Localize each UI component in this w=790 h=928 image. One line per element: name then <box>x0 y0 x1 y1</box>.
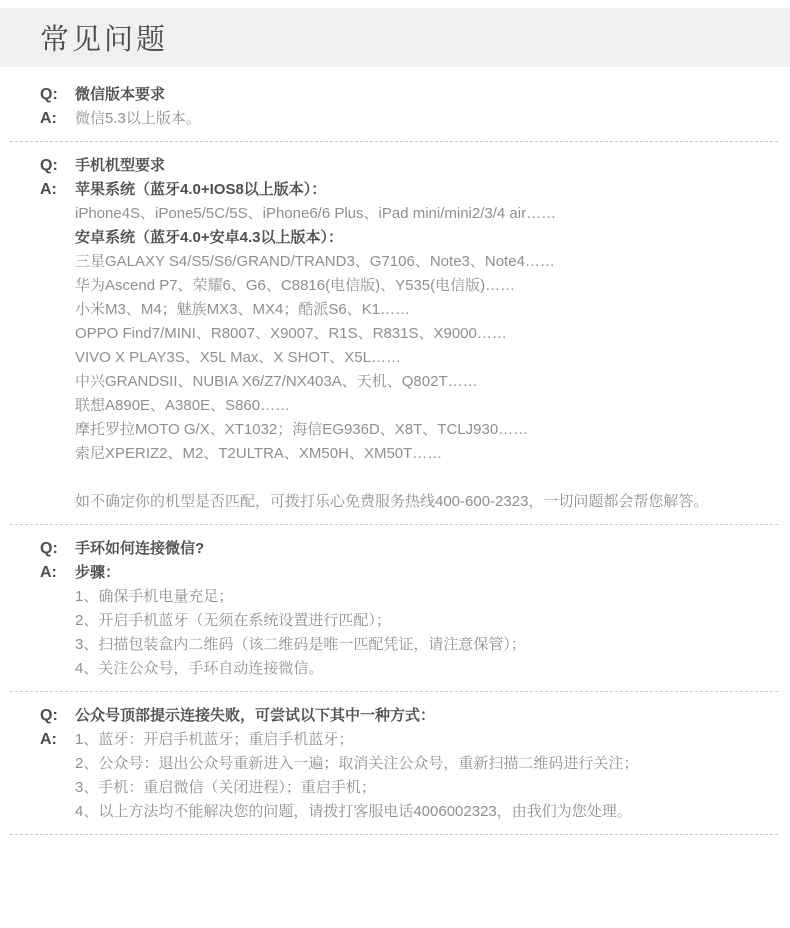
qa-text: 2、公众号：退出公众号重新进入一遍；取消关注公众号，重新扫描二维码进行关注； <box>75 752 638 776</box>
qa-label <box>40 609 75 633</box>
qa-text: 4、以上方法均不能解决您的问题，请拨打客服电话4006002323，由我们为您处… <box>75 800 632 824</box>
qa-row: 如不确定你的机型是否匹配，可拨打乐心免费服务热线400-600-2323，一切问… <box>0 490 790 514</box>
qa-row: OPPO Find7/MINI、R8007、X9007、R1S、R831S、X9… <box>0 322 790 346</box>
qa-row: VIVO X PLAY3S、X5L Max、X SHOT、X5L…… <box>0 346 790 370</box>
qa-row: 华为Ascend P7、荣耀6、G6、C8816(电信版)、Y535(电信版)…… <box>0 274 790 298</box>
qa-text: 联想A890E、A380E、S860…… <box>75 394 290 418</box>
qa-text: VIVO X PLAY3S、X5L Max、X SHOT、X5L…… <box>75 346 401 370</box>
qa-label: Q: <box>40 154 75 178</box>
qa-label <box>40 442 75 466</box>
qa-row: A:1、蓝牙：开启手机蓝牙；重启手机蓝牙； <box>0 728 790 752</box>
qa-text: iPhone4S、iPone5/5C/5S、iPhone6/6 Plus、iPa… <box>75 202 556 226</box>
qa-text: 手机机型要求 <box>75 154 165 178</box>
qa-row: 小米M3、M4；魅族MX3、MX4；酷派S6、K1…… <box>0 298 790 322</box>
qa-row: 4、关注公众号，手环自动连接微信。 <box>0 657 790 681</box>
page-title: 常见问题 <box>40 17 168 58</box>
qa-label <box>40 370 75 394</box>
qa-label: Q: <box>40 704 75 728</box>
faq-section: Q:微信版本要求A:微信5.3以上版本。 <box>0 83 790 131</box>
qa-label: A: <box>40 561 75 585</box>
qa-row: 联想A890E、A380E、S860…… <box>0 394 790 418</box>
qa-row: 3、扫描包装盒内二维码（该二维码是唯一匹配凭证，请注意保管）； <box>0 633 790 657</box>
qa-text: 如不确定你的机型是否匹配，可拨打乐心免费服务热线400-600-2323，一切问… <box>75 490 708 514</box>
qa-row: Q:手环如何连接微信? <box>0 537 790 561</box>
qa-label <box>40 776 75 800</box>
qa-text: 手环如何连接微信? <box>75 537 204 561</box>
qa-text: 三星GALAXY S4/S5/S6/GRAND/TRAND3、G7106、Not… <box>75 250 555 274</box>
qa-text: 微信5.3以上版本。 <box>75 107 201 131</box>
page-header: 常见问题 <box>0 8 790 67</box>
dashed-divider <box>10 141 778 142</box>
dashed-divider <box>10 691 778 692</box>
qa-row-spacer <box>0 466 790 490</box>
qa-row: 2、开启手机蓝牙（无须在系统设置进行匹配）； <box>0 609 790 633</box>
qa-row: A:微信5.3以上版本。 <box>0 107 790 131</box>
qa-row: 1、确保手机电量充足； <box>0 585 790 609</box>
qa-row: 摩托罗拉MOTO G/X、XT1032；海信EG936D、X8T、TCLJ930… <box>0 418 790 442</box>
qa-text: 4、关注公众号，手环自动连接微信。 <box>75 657 323 681</box>
qa-text: 1、蓝牙：开启手机蓝牙；重启手机蓝牙； <box>75 728 353 752</box>
qa-text: 苹果系统（蓝牙4.0+IOS8以上版本）： <box>75 178 326 202</box>
qa-row: 3、手机：重启微信（关闭进程）；重启手机； <box>0 776 790 800</box>
dashed-divider <box>10 834 778 835</box>
qa-row: 三星GALAXY S4/S5/S6/GRAND/TRAND3、G7106、Not… <box>0 250 790 274</box>
qa-row: 中兴GRANDSII、NUBIA X6/Z7/NX403A、天机、Q802T…… <box>0 370 790 394</box>
qa-label <box>40 585 75 609</box>
qa-label <box>40 346 75 370</box>
qa-label: A: <box>40 728 75 752</box>
qa-label <box>40 394 75 418</box>
qa-row: A:苹果系统（蓝牙4.0+IOS8以上版本）： <box>0 178 790 202</box>
qa-row: Q:手机机型要求 <box>0 154 790 178</box>
qa-row: 2、公众号：退出公众号重新进入一遍；取消关注公众号，重新扫描二维码进行关注； <box>0 752 790 776</box>
qa-label <box>40 250 75 274</box>
qa-text: 公众号顶部提示连接失败，可尝试以下其中一种方式： <box>75 704 435 728</box>
qa-row: A:步骤： <box>0 561 790 585</box>
qa-row: Q:公众号顶部提示连接失败，可尝试以下其中一种方式： <box>0 704 790 728</box>
qa-text: 1、确保手机电量充足； <box>75 585 233 609</box>
qa-label: Q: <box>40 83 75 107</box>
qa-label <box>40 322 75 346</box>
qa-row: 4、以上方法均不能解决您的问题，请拨打客服电话4006002323，由我们为您处… <box>0 800 790 824</box>
qa-text: 步骤： <box>75 561 120 585</box>
qa-text: 安卓系统（蓝牙4.0+安卓4.3以上版本）： <box>75 226 343 250</box>
qa-text: 中兴GRANDSII、NUBIA X6/Z7/NX403A、天机、Q802T…… <box>75 370 478 394</box>
qa-label <box>40 202 75 226</box>
qa-label <box>40 226 75 250</box>
faq-section: Q:手机机型要求A:苹果系统（蓝牙4.0+IOS8以上版本）：iPhone4S、… <box>0 154 790 514</box>
qa-text: 3、手机：重启微信（关闭进程）；重启手机； <box>75 776 376 800</box>
qa-text: 微信版本要求 <box>75 83 165 107</box>
qa-row: iPhone4S、iPone5/5C/5S、iPhone6/6 Plus、iPa… <box>0 202 790 226</box>
qa-text: 摩托罗拉MOTO G/X、XT1032；海信EG936D、X8T、TCLJ930… <box>75 418 528 442</box>
qa-label: A: <box>40 178 75 202</box>
dashed-divider <box>10 524 778 525</box>
qa-text: 华为Ascend P7、荣耀6、G6、C8816(电信版)、Y535(电信版)…… <box>75 274 515 298</box>
qa-label <box>40 752 75 776</box>
faq-sections: Q:微信版本要求A:微信5.3以上版本。Q:手机机型要求A:苹果系统（蓝牙4.0… <box>0 67 790 835</box>
qa-label <box>40 490 75 514</box>
qa-label: A: <box>40 107 75 131</box>
qa-label: Q: <box>40 537 75 561</box>
qa-text: OPPO Find7/MINI、R8007、X9007、R1S、R831S、X9… <box>75 322 507 346</box>
faq-section: Q:手环如何连接微信?A:步骤：1、确保手机电量充足；2、开启手机蓝牙（无须在系… <box>0 537 790 681</box>
qa-row: 索尼XPERIZ2、M2、T2ULTRA、XM50H、XM50T…… <box>0 442 790 466</box>
qa-label <box>40 298 75 322</box>
qa-label <box>40 633 75 657</box>
qa-label <box>40 657 75 681</box>
qa-row: Q:微信版本要求 <box>0 83 790 107</box>
qa-label <box>40 418 75 442</box>
qa-label <box>40 274 75 298</box>
qa-text: 索尼XPERIZ2、M2、T2ULTRA、XM50H、XM50T…… <box>75 442 442 466</box>
qa-label <box>40 800 75 824</box>
qa-text: 小米M3、M4；魅族MX3、MX4；酷派S6、K1…… <box>75 298 410 322</box>
qa-text: 3、扫描包装盒内二维码（该二维码是唯一匹配凭证，请注意保管）； <box>75 633 526 657</box>
qa-text: 2、开启手机蓝牙（无须在系统设置进行匹配）； <box>75 609 391 633</box>
qa-row: 安卓系统（蓝牙4.0+安卓4.3以上版本）： <box>0 226 790 250</box>
faq-section: Q:公众号顶部提示连接失败，可尝试以下其中一种方式：A:1、蓝牙：开启手机蓝牙；… <box>0 704 790 824</box>
